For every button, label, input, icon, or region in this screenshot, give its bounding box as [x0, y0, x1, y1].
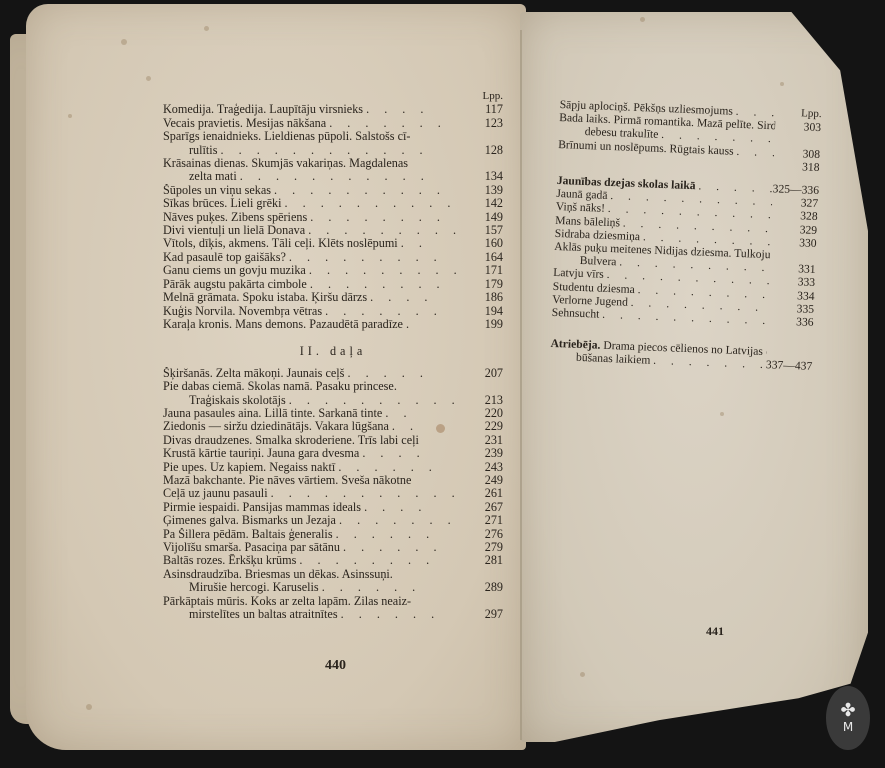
section-title: II. daļa — [163, 345, 503, 358]
toc-entry: Krustā kārtie tauriņi. Jauna gara dvesma… — [163, 447, 503, 460]
lpp-label: Lpp. — [163, 90, 503, 103]
page-number-left: 440 — [325, 658, 346, 674]
toc-right: Sāpju aplociņš. Pēkšņs uzliesmojums . . … — [550, 98, 822, 374]
toc-entry: Pie upes. Uz kapiem. Negaiss naktī . . .… — [163, 461, 503, 474]
toc-entry: Pirmie iespaidi. Pansijas mammas ideals … — [163, 501, 503, 514]
watermark-logo: ✤ M — [826, 686, 870, 750]
toc-entry: Pārkāptais mūris. Koks ar zelta lapām. Z… — [163, 595, 503, 608]
toc-entry: Divi vientuļi un lielā Donava . . . . . … — [163, 224, 503, 237]
toc-entry: Sīkas brūces. Lieli grēki . . . . . . . … — [163, 197, 503, 210]
toc-entry-cont: mirstelītes un baltas atraitnītes . . . … — [163, 608, 503, 621]
page-number-right: 441 — [706, 624, 724, 639]
toc-entry: Kuģis Norvila. Novembŗa vētras . . . . .… — [163, 305, 503, 318]
toc-entry: Pa Šillera pēdām. Baltais ģeneralis . . … — [163, 528, 503, 541]
toc-entry: Baltās rozes. Ērkšķu krūms . . . . . . .… — [163, 554, 503, 567]
toc-entry: Šūpoles un viņu sekas . . . . . . . . . … — [163, 184, 503, 197]
toc-entry: Nāves puķes. Zibens spēriens . . . . . .… — [163, 211, 503, 224]
flower-logo-icon: ✤ — [840, 702, 855, 720]
toc-entry-cont: Mirušie hercogi. Karuselis . . . . . .28… — [163, 581, 503, 594]
toc-entry: Mazā bakchante. Pie nāves vārtiem. Sveša… — [163, 474, 503, 487]
toc-entry: Divas draudzenes. Smalka skroderiene. Tr… — [163, 434, 503, 447]
watermark-letter: M — [843, 720, 853, 734]
toc-entry-cont: rulītis . . . . . . . . . . . .128 — [163, 144, 503, 157]
toc-entry: Jauna pasaules aina. Lillā tinte. Sarkan… — [163, 407, 503, 420]
toc-entry: Karaļa kronis. Mans demons. Pazaudētā pa… — [163, 318, 503, 331]
toc-entry: Vecais pravietis. Mesijas nākšana . . . … — [163, 117, 503, 130]
toc-entry: Šķiršanās. Zelta mākoņi. Jaunais ceļš . … — [163, 367, 503, 380]
toc-entry: Vītols, dīķis, akmens. Tāli ceļi. Klēts … — [163, 237, 503, 250]
toc-entry: Asinsdraudzība. Briesmas un dēkas. Asins… — [163, 568, 503, 581]
toc-entry: Kad pasaulē top gaišāks? . . . . . . . .… — [163, 251, 503, 264]
toc-entry-cont: Traģiskais skolotājs . . . . . . . . . .… — [163, 394, 503, 407]
toc-entry-cont: zelta mati . . . . . . . . . . .134 — [163, 170, 503, 183]
toc-entry: Vijolīšu smarša. Pasaciņa par sātānu . .… — [163, 541, 503, 554]
toc-entry: Sparīgs ienaidnieks. Lieldienas pūpoli. … — [163, 130, 503, 143]
toc-entry: Pārāk augstu pakārta cimbole . . . . . .… — [163, 278, 503, 291]
toc-entry: Ganu ciems un govju muzika . . . . . . .… — [163, 264, 503, 277]
toc-entry: Komedija. Traģedija. Laupītāju virsnieks… — [163, 103, 503, 116]
toc-entry: Ģimenes galva. Bismarks un Jezaja . . . … — [163, 514, 503, 527]
toc-entry: Ziedonis — siržu dziedinātājs. Vakara lū… — [163, 420, 503, 433]
toc-entry: Krāsainas dienas. Skumjās vakariņas. Mag… — [163, 157, 503, 170]
book-gutter — [520, 30, 522, 740]
toc-left: Lpp. Komedija. Traģedija. Laupītāju virs… — [163, 90, 503, 621]
toc-entry: Ceļā uz jaunu pasauli . . . . . . . . . … — [163, 487, 503, 500]
toc-entry: Melnā grāmata. Spoku istaba. Ķiršu dārzs… — [163, 291, 503, 304]
toc-entry: Pie dabas ciemā. Skolas namā. Pasaku pri… — [163, 380, 503, 393]
